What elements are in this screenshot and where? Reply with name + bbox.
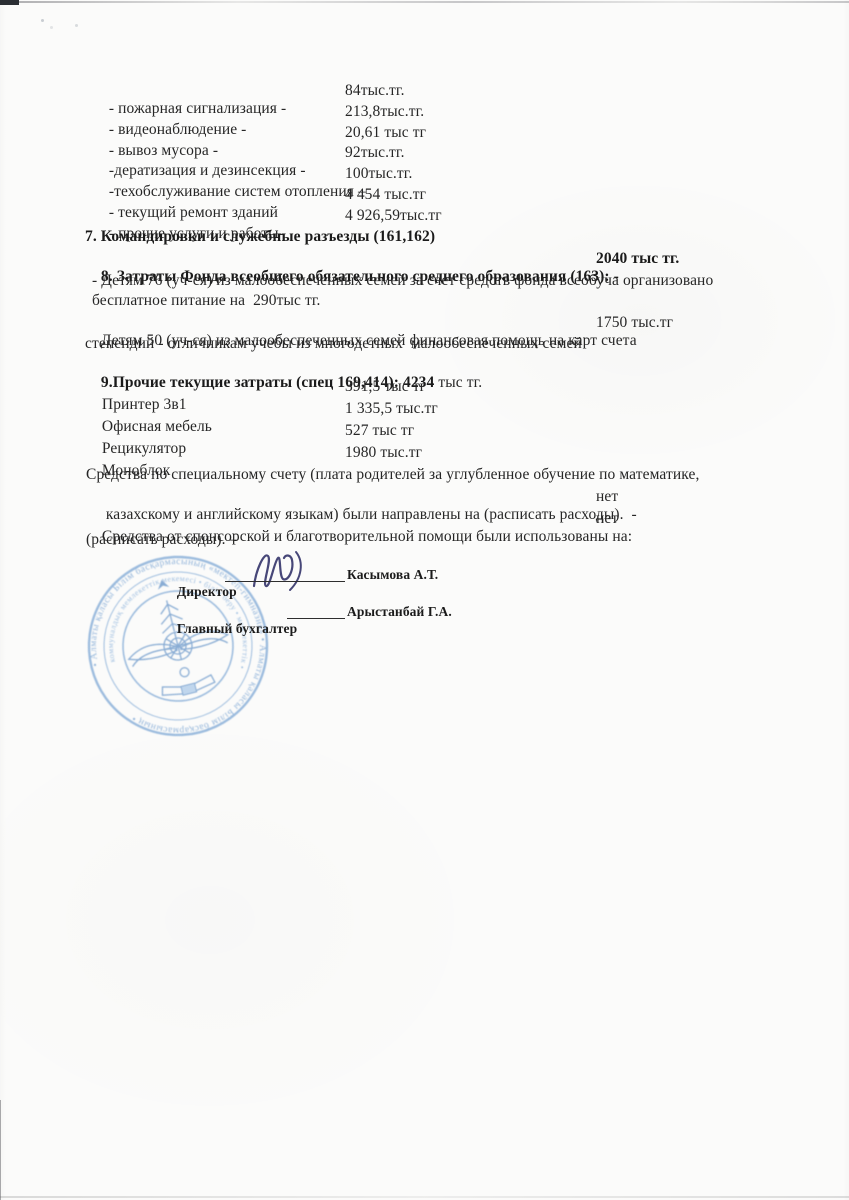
scan-speck: [50, 26, 53, 29]
section8-line: бесплатное питание на 290тыс тг.: [88, 292, 321, 310]
director-name: Касымова А.Т.: [347, 566, 438, 583]
accountant-signature-row: Главный бухгалтер Арыстанбай Г.А.: [163, 603, 563, 688]
scan-speck: [41, 19, 44, 22]
expense-value: 100тыс.тг.: [345, 165, 412, 183]
expense-value: 213,8тыс.тг.: [345, 103, 424, 121]
scan-corner-mark: [0, 0, 19, 5]
purchase-value: 1 335,5 тыс.тг: [345, 400, 438, 418]
expense-value: 20,61 тыс тг: [345, 124, 426, 142]
purchase-value: 391,5 тыс тг: [345, 378, 426, 396]
scan-top-edge-line: [0, 1, 849, 3]
section8-line: степендий - отличникам учебы из многодет…: [85, 335, 582, 353]
scanned-document-page: - пожарная сигнализация - 84тыс.тг. - ви…: [0, 0, 849, 1200]
accountant-name: Арыстанбай Г.А.: [347, 603, 452, 620]
purchase-value: 527 тыс тг: [345, 422, 414, 440]
special-account-answer: нет: [596, 510, 618, 528]
special-account-answer: нет: [596, 488, 618, 506]
scan-speck: [75, 24, 78, 27]
section8-line-amount: 1750 тыс.тг: [596, 314, 673, 332]
purchase-value: 1980 тыс.тг: [345, 444, 422, 462]
accountant-label: Главный бухгалтер: [177, 621, 297, 636]
scan-left-edge-line: [0, 1100, 1, 1200]
expense-value: 84тыс.тг.: [345, 82, 405, 100]
director-label: Директор: [177, 584, 237, 599]
section9-heading-units: тыс тг.: [434, 374, 482, 391]
expense-value: 4 454 тыс.тг: [345, 186, 426, 204]
section8-amount: 2040 тыс тг.: [596, 250, 679, 268]
section7-heading: 7. Командировки и служебные разъезды (16…: [85, 228, 435, 246]
special-account-line: Средства по специальному счету (плата ро…: [86, 466, 699, 484]
scan-bottom-edge-line: [0, 1196, 849, 1198]
section8-line: - Детям 76 (уч-ся) из малообеспеченных с…: [88, 272, 713, 290]
expense-value: 92тыс.тг.: [345, 144, 405, 162]
accountant-signature-line: [287, 603, 345, 619]
expense-value: 4 926,59тыс.тг: [345, 207, 442, 225]
director-signature-line: [225, 566, 345, 582]
